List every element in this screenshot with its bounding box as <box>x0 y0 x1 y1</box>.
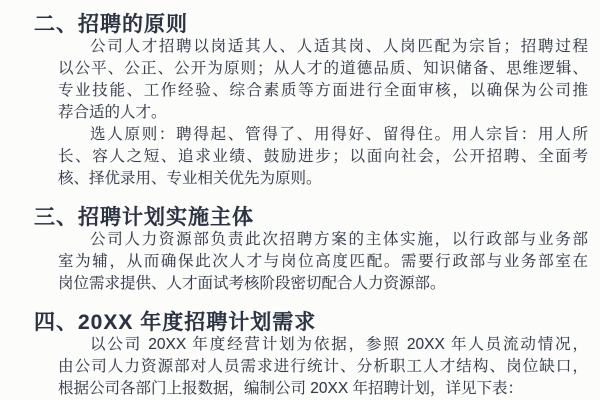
text-line: 核、择优录用、专业相关优先为原则。 <box>58 168 588 190</box>
section-implementation-body: 三、招聘计划实施主体 公司人力资源部负责此次招聘方案的主体实施，以行政部与业务部… <box>0 207 600 295</box>
section-heading: 二、招聘的原则 <box>34 14 600 36</box>
document-page: 二、招聘的原则 公司人才招聘以岗适其人、人适其岗、人岗匹配为宗旨；招聘过程 以公… <box>0 0 600 400</box>
text-line: 根据公司各部门上报数据，编制公司 20XX 年招聘计划，详见下表： <box>58 378 588 400</box>
text-line: 长、容人之短、追求业绩、鼓励进步；以面向社会，公开招聘、全面考 <box>58 146 588 168</box>
section-heading: 四、20XX 年度招聘计划需求 <box>34 312 600 334</box>
text-line: 专业技能、工作经验、综合素质等方面进行全面审核，以确保为公司推 <box>58 80 588 102</box>
text-line: 荐合适的人才。 <box>58 102 588 124</box>
text-line: 公司人力资源部负责此次招聘方案的主体实施，以行政部与业务部 <box>58 229 588 251</box>
text-line: 以公平、公正、公开为原则；从人才的道德品质、知识储备、思维逻辑、 <box>58 58 588 80</box>
paragraph: 以公司 20XX 年度经营计划为依据，参照 20XX 年人员流动情况， 由公司人… <box>58 334 588 400</box>
section-recruitment-principles: 二、招聘的原则 公司人才招聘以岗适其人、人适其岗、人岗匹配为宗旨；招聘过程 以公… <box>0 14 600 190</box>
paragraph: 公司人才招聘以岗适其人、人适其岗、人岗匹配为宗旨；招聘过程 以公平、公正、公开为… <box>58 36 588 124</box>
text-line: 以公司 20XX 年度经营计划为依据，参照 20XX 年人员流动情况， <box>58 334 588 356</box>
text-line: 选人原则：聘得起、管得了、用得好、留得住。用人宗旨：用人所 <box>58 124 588 146</box>
section-annual-plan-demand: 四、20XX 年度招聘计划需求 以公司 20XX 年度经营计划为依据，参照 20… <box>0 312 600 400</box>
paragraph: 选人原则：聘得起、管得了、用得好、留得住。用人宗旨：用人所 长、容人之短、追求业… <box>58 124 588 190</box>
text-line: 由公司人力资源部对人员需求进行统计、分析职工人才结构、岗位缺口， <box>58 356 588 378</box>
text-line: 公司人才招聘以岗适其人、人适其岗、人岗匹配为宗旨；招聘过程 <box>58 36 588 58</box>
text-line: 室为辅，从而确保此次人才与岗位高度匹配。需要行政部与业务部室在 <box>58 251 588 273</box>
section-heading: 三、招聘计划实施主体 <box>34 207 600 229</box>
paragraph: 公司人力资源部负责此次招聘方案的主体实施，以行政部与业务部 室为辅，从而确保此次… <box>58 229 588 295</box>
text-line: 岗位需求提供、人才面试考核阶段密切配合人力资源部。 <box>58 273 588 295</box>
